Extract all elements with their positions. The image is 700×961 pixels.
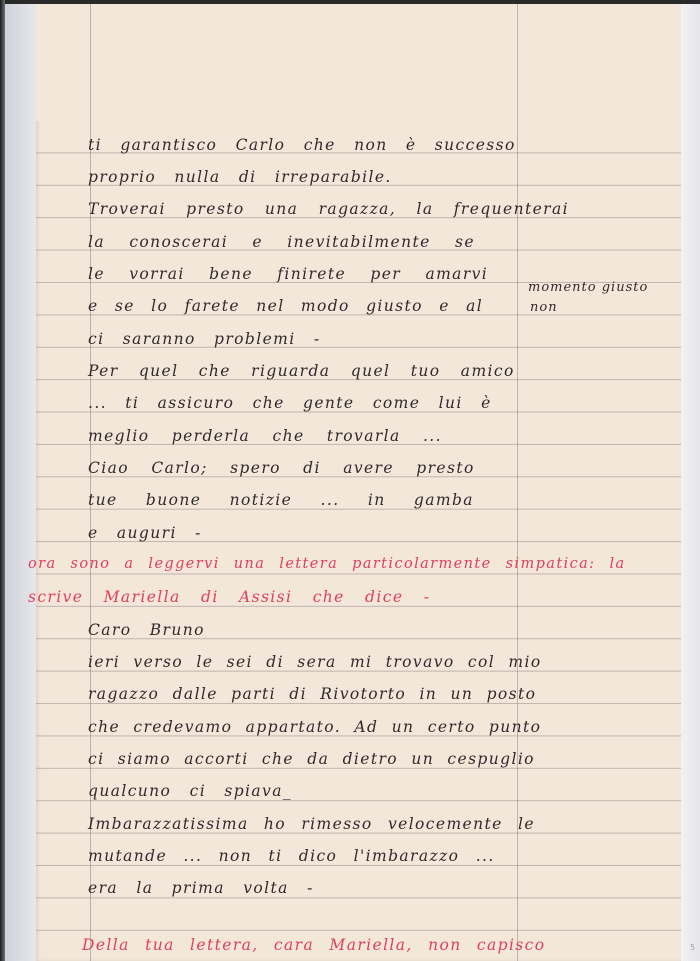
text-line-10: meglio perderla che trovarla ... xyxy=(88,427,442,445)
text-line-22: mutande ... non ti dico l'imbarazzo ... xyxy=(88,847,495,865)
text-line-8: Per quel che riguarda quel tuo amico xyxy=(88,362,515,380)
text-line-3: Troverai presto una ragazza, la frequent… xyxy=(88,200,569,218)
top-blank-margin xyxy=(36,4,681,121)
text-line-18: che credevamo appartato. Ad un certo pun… xyxy=(88,718,541,736)
scanner-backdrop-left xyxy=(5,4,37,961)
red-text-line-3: Della tua lettera, cara Mariella, non ca… xyxy=(82,936,545,954)
text-line-23: era la prima volta - xyxy=(88,879,314,897)
text-line-17: ragazzo dalle parti di Rivotorto in un p… xyxy=(88,685,536,703)
page-mark: 5 xyxy=(690,943,695,952)
red-text-line-1: ora sono a leggervi una lettera particol… xyxy=(28,556,626,572)
text-line-1: ti garantisco Carlo che non è successo xyxy=(88,136,516,154)
inserted-note-below: non xyxy=(530,300,558,315)
text-line-16: ieri verso le sei di sera mi trovavo col… xyxy=(88,653,542,671)
text-line-12: tue buone notizie ... in gamba xyxy=(88,491,474,509)
inserted-note-above: momento giusto xyxy=(528,280,648,295)
text-line-4: la conoscerai e inevitabilmente se xyxy=(88,233,475,251)
text-line-salutation: Caro Bruno xyxy=(88,621,205,639)
text-line-6: e se lo farete nel modo giusto e al xyxy=(88,297,483,315)
text-line-13: e auguri - xyxy=(88,524,202,542)
text-line-2: proprio nulla di irreparabile. xyxy=(88,168,392,186)
text-line-9: ... ti assicuro che gente come lui è xyxy=(88,394,492,412)
red-text-line-2: scrive Mariella di Assisi che dice - xyxy=(28,588,430,606)
text-line-5: le vorrai bene finirete per amarvi xyxy=(88,265,488,283)
text-line-19: ci siamo accorti che da dietro un cespug… xyxy=(88,750,535,768)
scanner-backdrop-right xyxy=(681,4,700,961)
text-line-21: Imbarazzatissima ho rimesso velocemente … xyxy=(88,815,535,833)
text-line-7: ci saranno problemi - xyxy=(88,330,321,348)
text-line-20: qualcuno ci spiava_ xyxy=(88,782,292,800)
text-line-11: Ciao Carlo; spero di avere presto xyxy=(88,459,475,477)
